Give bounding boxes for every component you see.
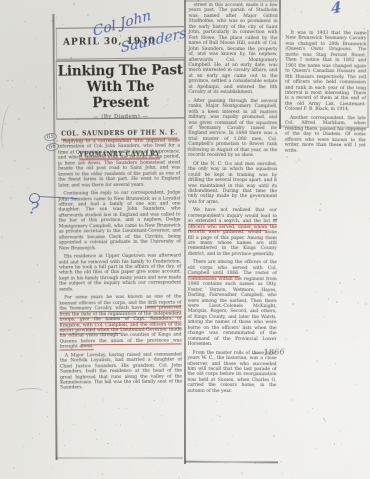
paper-speck xyxy=(365,303,367,305)
paper-speck xyxy=(32,438,33,439)
paper-speck xyxy=(266,412,267,413)
paper-speck xyxy=(35,23,36,24)
paper-speck xyxy=(319,209,321,211)
paper-speck xyxy=(195,468,196,469)
paper-speck xyxy=(73,3,75,5)
paper-speck xyxy=(35,38,36,39)
paper-speck xyxy=(190,468,191,469)
paper-speck xyxy=(206,446,207,447)
paper-speck xyxy=(13,467,15,469)
paper-speck xyxy=(343,26,345,28)
paper-speck xyxy=(21,173,22,174)
paper-speck xyxy=(24,21,26,23)
body-text: street in this account, made it a few ye… xyxy=(188,3,277,95)
middle-column-top-edge xyxy=(185,0,278,2)
paper-speck xyxy=(316,360,318,362)
paper-speck xyxy=(34,363,35,364)
body-text: It was in 1903 that the name New Brunswi… xyxy=(285,31,367,113)
paper-speck xyxy=(227,443,228,444)
paper-speck xyxy=(62,24,64,26)
paper-speck xyxy=(49,350,50,351)
paper-speck xyxy=(87,14,88,15)
paper-speck xyxy=(320,203,322,205)
paper-speck xyxy=(22,446,24,448)
column-divider-2 xyxy=(279,0,281,129)
paper-speck xyxy=(292,477,293,478)
scanned-newspaper-clipping: APRIL 30, 1930 Linking The Past With The… xyxy=(0,0,370,479)
paper-speck xyxy=(131,447,132,448)
paper-speck xyxy=(51,467,52,468)
paper-speck xyxy=(335,363,336,364)
paper-speck xyxy=(317,199,319,201)
paper-speck xyxy=(1,236,3,238)
paper-speck xyxy=(323,316,324,317)
body-paragraph: Replying to a correspondent who inquired… xyxy=(58,138,180,188)
paper-speck xyxy=(67,406,68,407)
body-text: the records were gathered, would alone f… xyxy=(188,225,277,257)
paper-speck xyxy=(312,408,313,409)
paper-speck xyxy=(306,330,308,332)
paper-speck xyxy=(219,416,220,417)
body-text: Another correspondent, the late Col. Alf… xyxy=(285,116,366,154)
paper-speck xyxy=(28,445,29,446)
paper-speck xyxy=(241,472,242,473)
body-paragraph: Another correspondent, the late Col. Alf… xyxy=(285,116,366,155)
paper-speck xyxy=(21,124,22,125)
paper-speck xyxy=(212,420,213,421)
paper-speck xyxy=(11,368,12,369)
paper-speck xyxy=(324,420,326,422)
paper-speck xyxy=(294,9,295,10)
paper-speck xyxy=(285,338,287,340)
left-column-bottom-edge xyxy=(56,457,183,459)
paper-blotch xyxy=(26,187,30,189)
paper-speck xyxy=(21,300,22,301)
body-paragraph: street in this account, made it a few ye… xyxy=(188,3,277,96)
paper-speck xyxy=(313,260,314,261)
paper-speck xyxy=(107,443,108,444)
body-paragraph: After passing through the several ranks,… xyxy=(188,99,277,159)
paper-speck xyxy=(39,433,40,434)
body-column-right: It was in 1903 that the name New Brunswi… xyxy=(285,31,367,158)
paper-speck xyxy=(181,197,182,198)
paper-speck xyxy=(43,107,45,109)
body-text: There are among the officers of the old … xyxy=(188,260,277,271)
body-paragraph: Continuing the reply to our corresponden… xyxy=(58,191,181,252)
body-paragraph: It was in 1903 that the name New Brunswi… xyxy=(285,31,367,113)
paper-speck xyxy=(47,402,48,403)
paper-speck xyxy=(82,10,83,11)
faint-pencil-curve xyxy=(0,103,18,150)
paper-speck xyxy=(367,10,369,12)
paper-speck xyxy=(1,301,2,302)
body-paragraph: We have not realized that our correspond… xyxy=(188,208,277,257)
paper-speck xyxy=(34,143,35,144)
paper-speck xyxy=(12,87,14,89)
paper-speck xyxy=(21,355,23,357)
paper-speck xyxy=(103,399,105,401)
paper-speck xyxy=(280,461,281,462)
paper-speck xyxy=(18,118,20,120)
paper-speck xyxy=(84,405,86,407)
paper-speck xyxy=(15,335,17,337)
paper-speck xyxy=(186,87,187,88)
paper-speck xyxy=(341,443,342,444)
paper-speck xyxy=(30,49,31,50)
paper-speck xyxy=(216,401,217,402)
pencil-squiggle xyxy=(16,387,44,396)
body-text: The roster of commissions within the reg… xyxy=(187,271,276,347)
paper-speck xyxy=(339,431,340,432)
paper-speck xyxy=(232,435,233,436)
paper-speck xyxy=(217,415,218,416)
paper-speck xyxy=(291,399,293,401)
paper-speck xyxy=(64,445,65,446)
paper-speck xyxy=(37,264,39,266)
paper-speck xyxy=(298,159,300,161)
paper-speck xyxy=(347,408,348,409)
paper-blotch xyxy=(194,445,197,447)
paper-speck xyxy=(24,81,26,83)
paper-speck xyxy=(23,139,24,140)
paper-speck xyxy=(295,180,296,181)
paper-speck xyxy=(292,303,294,305)
handwritten-question-mark: ? xyxy=(27,198,39,219)
paper-speck xyxy=(330,21,331,22)
paper-speck xyxy=(126,408,127,409)
paper-speck xyxy=(316,291,318,293)
paper-speck xyxy=(295,161,297,163)
paper-speck xyxy=(210,476,211,477)
paper-speck xyxy=(1,181,2,182)
body-column-middle: street in this account, made it a few ye… xyxy=(187,3,277,398)
paper-speck xyxy=(88,417,89,418)
paper-speck xyxy=(362,477,363,478)
paper-speck xyxy=(161,415,162,416)
body-text: His residence at Upper Gagetown was afte… xyxy=(59,254,181,293)
paper-speck xyxy=(336,301,338,303)
paper-speck xyxy=(63,430,64,431)
paper-speck xyxy=(363,28,365,30)
handwritten-corner-mark: 4 xyxy=(331,0,342,18)
paper-speck xyxy=(12,186,14,188)
paper-speck xyxy=(154,400,155,401)
paper-speck xyxy=(328,298,330,300)
paper-speck xyxy=(324,233,325,234)
paper-speck xyxy=(47,416,48,417)
paper-speck xyxy=(301,11,303,13)
paper-speck xyxy=(355,384,356,385)
body-text: Of the N. C. O.s and men enrolled, the o… xyxy=(188,162,277,205)
paper-speck xyxy=(273,435,275,437)
paper-speck xyxy=(281,171,282,172)
paper-speck xyxy=(339,282,341,284)
body-text: We have not realized that our correspond… xyxy=(188,208,277,219)
paper-speck xyxy=(116,424,117,425)
paper-speck xyxy=(39,281,41,283)
body-text: A Major Loveday, having raised and comma… xyxy=(60,352,182,391)
paper-speck xyxy=(52,199,53,200)
paper-speck xyxy=(44,98,45,99)
paper-speck xyxy=(330,158,332,160)
paper-speck xyxy=(30,317,32,319)
paper-speck xyxy=(56,17,57,18)
body-text: Continuing the reply to our corresponden… xyxy=(58,191,180,252)
paper-speck xyxy=(84,476,85,477)
paper-speck xyxy=(7,80,8,81)
paper-speck xyxy=(36,150,38,152)
paper-speck xyxy=(225,463,226,464)
paper-speck xyxy=(14,160,15,161)
headline-box: Linking The Past With The Present — (By … xyxy=(56,59,186,119)
paper-speck xyxy=(308,412,309,413)
headline-line-2: With The Present xyxy=(57,78,184,111)
paper-speck xyxy=(10,197,12,199)
paper-speck xyxy=(304,466,305,467)
paper-speck xyxy=(102,473,104,475)
paper-speck xyxy=(12,80,13,81)
red-underlined-text: Campbell until 1866. xyxy=(188,271,240,276)
paper-speck xyxy=(149,450,150,451)
middle-column-bottom-edge xyxy=(185,461,278,464)
paper-speck xyxy=(46,392,48,394)
paper-speck xyxy=(51,366,52,367)
paper-speck xyxy=(334,443,336,445)
paper-speck xyxy=(35,86,37,88)
clipping-right-edge xyxy=(367,30,369,128)
paper-speck xyxy=(342,407,343,408)
paper-speck xyxy=(295,303,296,304)
body-paragraph: His residence at Upper Gagetown was afte… xyxy=(59,254,181,293)
paper-speck xyxy=(278,232,280,234)
paper-speck xyxy=(117,444,118,445)
body-paragraph: For some years he was known as one of th… xyxy=(59,295,181,351)
body-paragraph: A Major Loveday, having raised and comma… xyxy=(60,352,182,391)
paper-speck xyxy=(96,439,98,441)
headline-line-1: Linking The Past xyxy=(57,62,184,79)
paper-speck xyxy=(354,337,355,338)
paper-speck xyxy=(224,429,225,430)
paper-speck xyxy=(47,365,48,366)
paper-blotch xyxy=(364,302,369,305)
paper-speck xyxy=(118,408,119,409)
paper-speck xyxy=(323,418,324,419)
paper-speck xyxy=(362,159,363,160)
paper-speck xyxy=(357,302,359,304)
body-paragraph: Of the N. C. O.s and men enrolled, the o… xyxy=(188,162,277,206)
body-text: Replying to a correspondent who inquired… xyxy=(58,138,180,188)
body-paragraph: There are among the officers of the old … xyxy=(187,260,276,348)
paper-speck xyxy=(94,429,96,431)
paper-speck xyxy=(367,204,368,205)
handwritten-year-note: — 1866 xyxy=(252,347,285,358)
paper-speck xyxy=(282,34,283,35)
paper-speck xyxy=(162,399,164,401)
paper-speck xyxy=(120,424,122,426)
paper-speck xyxy=(158,470,159,471)
body-text: After passing through the several ranks,… xyxy=(188,99,277,159)
body-column-left: Replying to a correspondent who inquired… xyxy=(58,138,182,394)
paper-speck xyxy=(33,335,34,336)
paper-speck xyxy=(50,96,52,98)
paper-speck xyxy=(143,417,144,418)
paper-speck xyxy=(8,329,10,331)
